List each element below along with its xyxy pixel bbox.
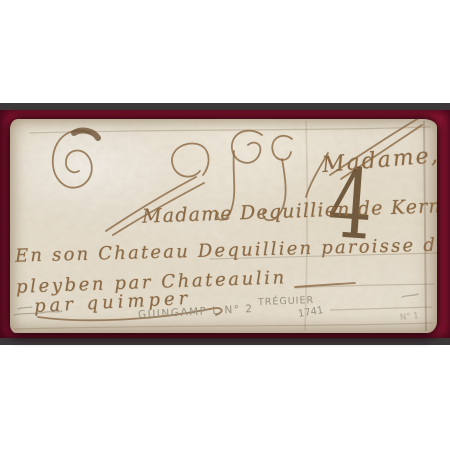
- auction-photo: 4 Madame, Madame Dequillien de Kerneb En…: [0, 0, 450, 450]
- pencil-town-annotation: TRÉGUIER: [258, 295, 314, 308]
- letter-cover: 4 Madame, Madame Dequillien de Kerneb En…: [10, 119, 437, 333]
- pencil-corner-note: N° 1: [400, 311, 420, 323]
